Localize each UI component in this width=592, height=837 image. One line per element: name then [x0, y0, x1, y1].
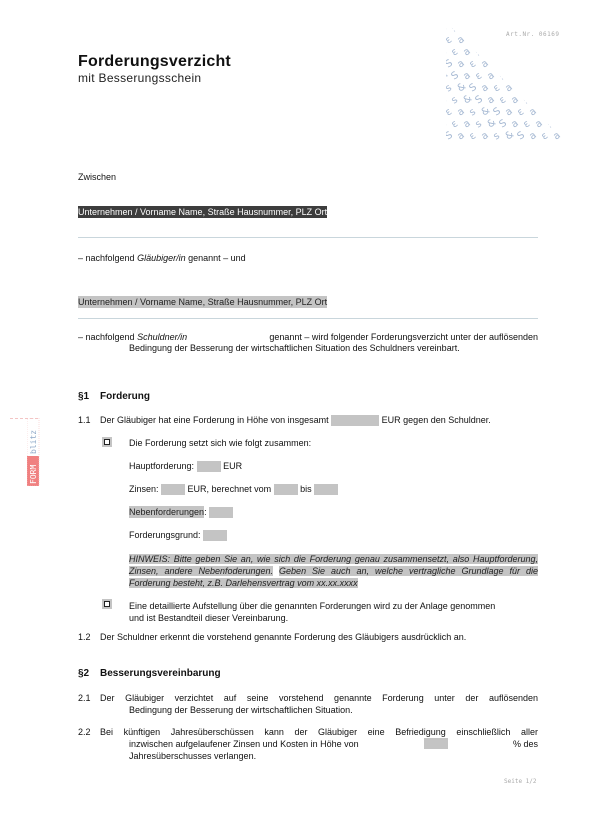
svg-text:S: S	[563, 106, 570, 119]
debtor-line: – nachfolgend Schuldner/in genannt – wir…	[78, 332, 538, 353]
svg-text:ε: ε	[521, 46, 532, 58]
svg-text:a: a	[485, 22, 496, 34]
svg-text:a: a	[509, 94, 520, 107]
zinsen-to-field[interactable]	[314, 484, 338, 495]
svg-text:a: a	[485, 70, 496, 83]
svg-text:a: a	[527, 34, 538, 47]
svg-text:a: a	[446, 118, 449, 131]
svg-text:s: s	[563, 58, 570, 70]
hauptforderung-field[interactable]	[197, 461, 221, 472]
svg-text:&: &	[479, 105, 492, 119]
svg-text:ε: ε	[446, 34, 454, 46]
svg-text:&: &	[446, 69, 450, 83]
svg-text:S: S	[521, 70, 533, 83]
item-1-1: 1.1Der Gläubiger hat eine Forderung in H…	[78, 415, 491, 426]
svg-text:&: &	[533, 22, 546, 34]
svg-text:a: a	[533, 70, 544, 83]
svg-text:a: a	[479, 82, 490, 95]
hint-text: HINWEIS: Bitte geben Sie an, wie sich di…	[129, 553, 538, 589]
svg-text:a: a	[509, 46, 520, 59]
svg-text:s: s	[473, 46, 484, 58]
svg-text:a: a	[527, 58, 538, 71]
item-2-2: 2.2Bei künftigen Jahresüberschüssen kann…	[78, 726, 538, 762]
svg-text:s: s	[491, 58, 502, 70]
svg-text:&: &	[551, 33, 564, 47]
svg-text:&: &	[527, 81, 540, 95]
forderungsgrund-field[interactable]	[203, 530, 227, 541]
document-title: Forderungsverzicht	[78, 53, 231, 71]
svg-text:a: a	[551, 82, 562, 95]
svg-text:s: s	[446, 82, 454, 94]
svg-text:S: S	[545, 94, 557, 107]
separator	[78, 318, 538, 319]
nebenforderungen-field[interactable]	[209, 507, 233, 518]
svg-text:S: S	[467, 82, 479, 95]
svg-text:S: S	[545, 22, 557, 34]
svg-text:a: a	[509, 22, 520, 34]
svg-text:&: &	[503, 129, 516, 143]
svg-text:S: S	[497, 118, 509, 131]
hauptforderung-row: Hauptforderung: EUR	[129, 461, 242, 472]
debtor-field[interactable]: Unternehmen / Vorname Name, Straße Hausn…	[78, 296, 327, 308]
option-composition-checkbox[interactable]	[102, 437, 112, 447]
svg-text:&: &	[551, 105, 564, 119]
section-1-heading: §1Forderung	[78, 391, 150, 402]
svg-text:ε: ε	[521, 118, 532, 130]
between-label: Zwischen	[78, 172, 116, 182]
svg-text:ε: ε	[449, 118, 460, 130]
svg-text:a: a	[533, 46, 544, 59]
svg-text:s: s	[491, 130, 502, 142]
svg-text:S: S	[449, 70, 461, 83]
svg-text:a: a	[455, 58, 466, 71]
svg-text:ε: ε	[545, 70, 556, 82]
option-composition-label: Die Forderung setzt sich wie folgt zusam…	[129, 438, 311, 448]
option-attachment-label: Eine detaillierte Aufstellung über die g…	[129, 600, 495, 624]
svg-text:a: a	[503, 34, 514, 47]
svg-text:ε: ε	[467, 130, 478, 142]
decorative-pattern-icon: as&Saεas&Saεas&Saεas&Saεas&Saεas&Saεas&S…	[446, 22, 570, 146]
svg-text:S: S	[539, 82, 551, 95]
svg-text:s: s	[521, 94, 532, 106]
svg-text:a: a	[455, 130, 466, 143]
svg-text:a: a	[503, 82, 514, 95]
document-subtitle: mit Besserungsschein	[78, 71, 201, 85]
creditor-field[interactable]: Unternehmen / Vorname Name, Straße Hausn…	[78, 206, 327, 218]
svg-text:s: s	[545, 118, 556, 130]
svg-text:blitz: blitz	[29, 430, 38, 454]
svg-text:a: a	[455, 34, 466, 47]
svg-text:ε: ε	[539, 58, 550, 70]
svg-text:ε: ε	[497, 22, 508, 34]
svg-text:s: s	[467, 34, 478, 46]
svg-text:&: &	[461, 22, 474, 34]
formblitz-logo-icon: FORM blitz	[27, 418, 41, 486]
svg-text:a: a	[527, 106, 538, 119]
item-2-1: 2.1Der Gläubiger verzichtet auf seine vo…	[78, 692, 538, 716]
nebenforderungen-row: Nebenforderungen:	[129, 507, 233, 518]
svg-text:S: S	[473, 94, 485, 107]
svg-text:s: s	[449, 22, 460, 34]
svg-text:ε: ε	[491, 82, 502, 94]
svg-text:&: &	[455, 81, 468, 95]
item-1-2: 1.2Der Schuldner erkennt die vorstehend …	[78, 632, 466, 642]
svg-text:a: a	[485, 94, 496, 107]
svg-text:a: a	[455, 106, 466, 119]
svg-text:ε: ε	[449, 46, 460, 58]
svg-text:&: &	[479, 33, 492, 47]
option-attachment-checkbox[interactable]	[102, 599, 112, 609]
svg-text:a: a	[551, 58, 562, 71]
svg-text:ε: ε	[563, 82, 570, 94]
svg-text:S: S	[491, 34, 503, 47]
zinsen-field[interactable]	[161, 484, 185, 495]
svg-text:a: a	[461, 70, 472, 83]
svg-text:a: a	[509, 118, 520, 131]
svg-text:&: &	[461, 93, 474, 107]
svg-text:S: S	[563, 34, 570, 47]
svg-text:&: &	[557, 117, 570, 131]
svg-text:ε: ε	[473, 70, 484, 82]
creditor-line: – nachfolgend Gläubiger/in genannt – und	[78, 253, 246, 263]
svg-text:s: s	[467, 106, 478, 118]
svg-text:S: S	[515, 130, 527, 143]
svg-text:a: a	[446, 94, 449, 107]
zinsen-from-field[interactable]	[274, 484, 298, 495]
svg-text:s: s	[539, 34, 550, 46]
zinsen-row: Zinsen: EUR, berechnet vom bis	[129, 484, 338, 495]
svg-text:ε: ε	[467, 58, 478, 70]
svg-text:s: s	[545, 46, 556, 58]
svg-text:a: a	[527, 130, 538, 143]
svg-text:s: s	[521, 22, 532, 34]
page-number: Seite 1/2	[504, 778, 537, 785]
svg-text:S: S	[473, 22, 485, 34]
svg-text:S: S	[491, 106, 503, 119]
svg-text:a: a	[461, 118, 472, 131]
svg-text:s: s	[539, 106, 550, 118]
svg-text:a: a	[557, 94, 568, 107]
svg-text:s: s	[473, 118, 484, 130]
svg-text:&: &	[485, 117, 498, 131]
svg-text:FORM: FORM	[29, 465, 38, 484]
svg-text:s: s	[515, 82, 526, 94]
svg-text:s: s	[449, 94, 460, 106]
svg-text:ε: ε	[515, 106, 526, 118]
svg-text:S: S	[446, 130, 455, 143]
svg-text:ε: ε	[539, 130, 550, 142]
svg-text:S: S	[446, 58, 455, 71]
percentage-field[interactable]	[424, 738, 448, 749]
svg-text:&: &	[533, 93, 546, 107]
svg-text:a: a	[557, 70, 568, 83]
svg-text:ε: ε	[515, 34, 526, 46]
svg-text:a: a	[533, 118, 544, 131]
svg-text:&: &	[503, 57, 516, 71]
svg-text:a: a	[446, 46, 449, 59]
svg-text:a: a	[479, 58, 490, 71]
svg-text:&: &	[557, 45, 570, 59]
forderungsgrund-row: Forderungsgrund:	[129, 530, 227, 541]
svg-text:ε: ε	[446, 106, 454, 118]
svg-text:a: a	[446, 22, 449, 34]
section-2-heading: §2Besserungsvereinbarung	[78, 668, 221, 679]
svg-text:&: &	[485, 45, 498, 59]
svg-text:S: S	[497, 46, 509, 59]
separator	[78, 237, 538, 238]
total-amount-field[interactable]	[331, 415, 379, 426]
svg-text:a: a	[461, 46, 472, 59]
svg-text:a: a	[551, 130, 562, 143]
svg-text:&: &	[509, 69, 522, 83]
svg-text:a: a	[479, 130, 490, 143]
svg-text:s: s	[497, 70, 508, 82]
svg-text:ε: ε	[497, 94, 508, 106]
svg-text:s: s	[563, 130, 570, 142]
svg-text:a: a	[503, 106, 514, 119]
svg-text:a: a	[557, 22, 568, 34]
svg-text:S: S	[515, 58, 527, 71]
